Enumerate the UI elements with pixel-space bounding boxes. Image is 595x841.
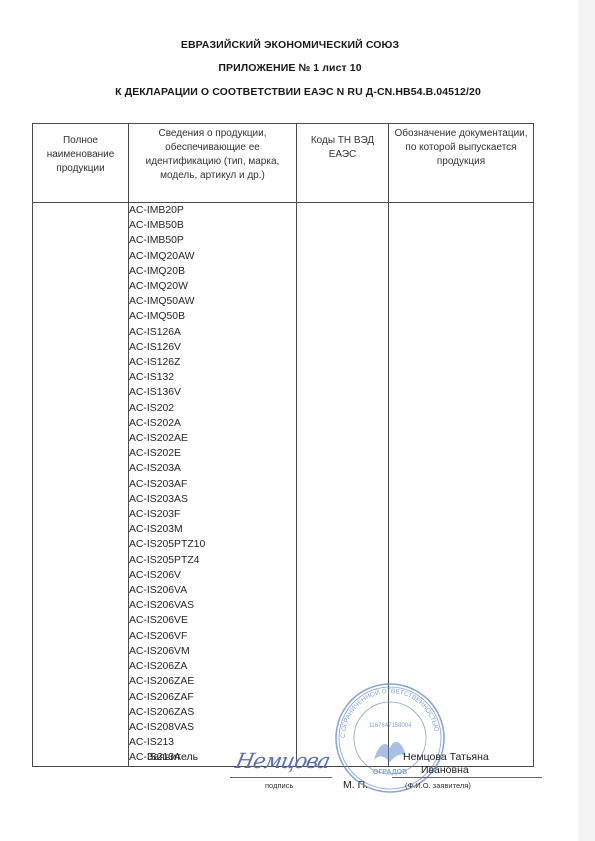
table-header-row: Полное наименование продукции Сведения о… (33, 124, 534, 203)
svg-text:1167847158004: 1167847158004 (369, 723, 413, 729)
model-item: AC-IS203M (129, 522, 296, 537)
model-item: AC-IS126Z (129, 355, 296, 370)
model-item: AC-IS203F (129, 507, 296, 522)
model-item: AC-IS126A (129, 325, 296, 340)
column-header-documentation: Обозначение документации, по которой вып… (389, 124, 534, 203)
applicant-label: Заявитель (147, 751, 198, 763)
model-item: AC-IS206VF (129, 629, 296, 644)
page-edge (578, 0, 595, 841)
model-item: AC-IS206VE (129, 613, 296, 628)
model-item: AC-IS206ZA (129, 659, 296, 674)
model-item: AC-IS202AE (129, 431, 296, 446)
model-item: AC-IS203A (129, 461, 296, 476)
applicant-name-line2: Ивановна (421, 764, 469, 776)
model-item: AC-IS206V (129, 568, 296, 583)
model-item: AC-IS202A (129, 416, 296, 431)
cell-full-name (33, 203, 129, 767)
model-item: AC-IS206ZAS (129, 705, 296, 720)
model-item: AC-IS202 (129, 401, 296, 416)
model-item: AC-IMQ50B (129, 309, 296, 324)
name-line (392, 777, 542, 778)
model-item: AC-IS208VAS (129, 720, 296, 735)
model-list: AC-IMB20PAC-IMB50BAC-IMB50PAC-IMQ20AWAC-… (129, 203, 296, 766)
model-item: AC-IS206VAS (129, 598, 296, 613)
model-item: AC-IS126V (129, 340, 296, 355)
declaration-title: К ДЕКЛАРАЦИИ О СООТВЕТСТВИИ ЕАЭС N RU Д-… (8, 86, 588, 98)
model-item: AC-IMQ20B (129, 264, 296, 279)
signature: Немцова (233, 749, 331, 773)
model-item: AC-IS203AF (129, 477, 296, 492)
model-item: AC-IMQ20W (129, 279, 296, 294)
svg-text:ОГРАДОВ: ОГРАДОВ (373, 769, 407, 776)
model-item: AC-IS205PTZ4 (129, 553, 296, 568)
model-item: AC-IS206VA (129, 583, 296, 598)
union-title: ЕВРАЗИЙСКИЙ ЭКОНОМИЧЕСКИЙ СОЮЗ (0, 39, 580, 51)
products-table: Полное наименование продукции Сведения о… (32, 123, 534, 767)
model-item: AC-IS205PTZ10 (129, 537, 296, 552)
model-item: AC-IS206VM (129, 644, 296, 659)
model-item: AC-IS206ZAF (129, 690, 296, 705)
appendix-title: ПРИЛОЖЕНИЕ № 1 лист 10 (0, 62, 580, 74)
signature-caption: подпись (265, 781, 293, 790)
model-item: AC-IS203AS (129, 492, 296, 507)
applicant-name-line1: Немцова Татьяна (403, 751, 489, 763)
signature-line (230, 777, 332, 778)
column-header-full-name: Полное наименование продукции (33, 124, 129, 203)
name-caption: (Ф.И.О. заявителя) (405, 781, 471, 790)
model-item: AC-IMQ50AW (129, 294, 296, 309)
model-item: AC-IS206ZAE (129, 674, 296, 689)
column-header-tn-ved-codes: Коды ТН ВЭД ЕАЭС (297, 124, 389, 203)
model-item: AC-IS202E (129, 446, 296, 461)
model-item: AC-IMQ20AW (129, 249, 296, 264)
model-item: AC-IMB50P (129, 233, 296, 248)
model-item: AC-IMB20P (129, 203, 296, 218)
cell-models: AC-IMB20PAC-IMB50BAC-IMB50PAC-IMQ20AWAC-… (129, 203, 297, 767)
model-item: AC-IS136V (129, 385, 296, 400)
model-item: AC-IS132 (129, 370, 296, 385)
column-header-product-info: Сведения о продукции, обеспечивающие ее … (129, 124, 297, 203)
model-item: AC-IMB50B (129, 218, 296, 233)
table-row: AC-IMB20PAC-IMB50BAC-IMB50PAC-IMQ20AWAC-… (33, 203, 534, 767)
